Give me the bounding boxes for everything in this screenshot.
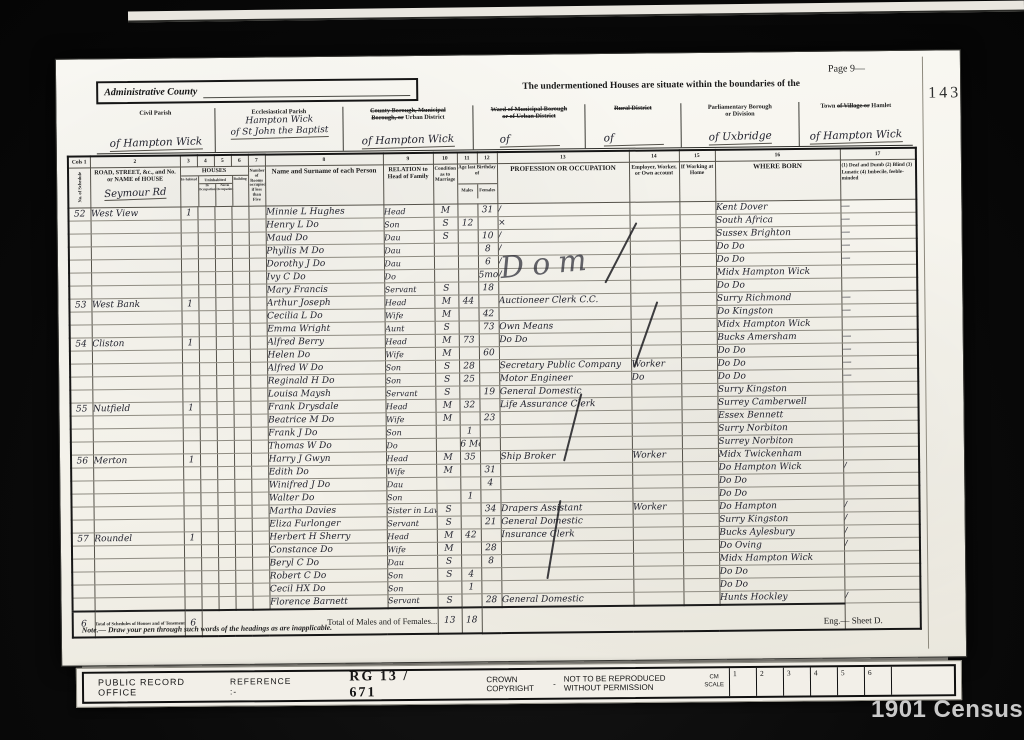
house-name: [91, 233, 181, 247]
building-cell: [234, 414, 251, 427]
house-name: [91, 272, 181, 286]
relation-cell: Head: [385, 399, 435, 413]
rooms-cell: [251, 466, 268, 479]
condition-cell: [434, 243, 458, 256]
age-male-cell: [461, 503, 481, 516]
condition-cell: M: [436, 412, 460, 425]
person-name: Florence Barnett: [269, 595, 387, 609]
age-female-cell: 6: [478, 256, 498, 269]
rooms-cell: [252, 557, 269, 570]
infirmity-cell: —: [841, 225, 917, 239]
crown-copyright-label: CROWN COPYRIGHT: [486, 675, 545, 694]
inhabited-mark: [184, 584, 201, 597]
age-female-cell: 19: [479, 386, 499, 399]
working-home-cell: [682, 422, 718, 435]
working-home-cell: [683, 552, 719, 565]
age-male-cell: 25: [459, 373, 479, 386]
working-home-cell: [679, 201, 715, 214]
infirmity-cell: [843, 485, 919, 499]
house-name: [92, 363, 182, 377]
house-name: [93, 415, 183, 429]
person-name: Helen Do: [267, 348, 385, 362]
building-cell: [232, 310, 249, 323]
age-male-cell: [461, 542, 481, 555]
field-ecclesiastical-parish: Ecclesiastical Parish Hampton Wick of St…: [214, 107, 342, 152]
age-male-cell: [461, 594, 481, 607]
person-name: Arthur Joseph: [266, 296, 384, 310]
house-name: [94, 545, 184, 559]
header-where-born: WHERE BORN: [715, 160, 840, 201]
building-cell: [233, 375, 250, 388]
age-male-cell: [457, 204, 477, 217]
relation-cell: Son: [387, 581, 437, 595]
relation-cell: Do: [386, 438, 436, 452]
house-name: [91, 285, 181, 299]
age-male-cell: [459, 386, 479, 399]
schedule-number: [70, 364, 92, 377]
employer-cell: [632, 423, 682, 437]
person-name: Thomas W Do: [268, 439, 386, 453]
field-ward: Ward of Municipal Borough or of Urban Di…: [472, 104, 584, 149]
condition-cell: M: [435, 347, 459, 360]
header-rooms: Number of Rooms occupied if less than Fi…: [248, 166, 265, 206]
infirmity-cell: —: [842, 329, 918, 343]
ruler-end: [892, 666, 954, 695]
age-female-cell: 23: [480, 412, 500, 425]
age-female-cell: [479, 334, 499, 347]
building-cell: [235, 557, 252, 570]
uninhabited-occ: [198, 220, 215, 233]
rooms-cell: [252, 596, 269, 609]
rooms-cell: [251, 427, 268, 440]
header-employer: Employer, Worker, or Own account: [629, 162, 679, 203]
working-home-cell: [683, 578, 719, 591]
house-name: [93, 493, 183, 507]
uninhabited-not: [215, 310, 232, 323]
person-name: Edith Do: [268, 465, 386, 479]
working-home-cell: [681, 383, 717, 396]
employer-cell: Worker: [633, 501, 683, 515]
employer-cell: [633, 514, 683, 528]
infirmity-cell: [841, 264, 917, 278]
person-name: Walter Do: [268, 491, 386, 505]
building-cell: [232, 258, 249, 271]
permission-label: NOT TO BE REPRODUCED WITHOUT PERMISSION: [564, 673, 705, 692]
infirmity-cell: /: [843, 498, 919, 512]
rooms-cell: [252, 531, 269, 544]
schedule-number: 56: [71, 455, 93, 468]
house-name: West Bank: [91, 298, 181, 312]
ward-value: of: [499, 132, 559, 148]
header-building: Building: [232, 176, 248, 206]
rooms-cell: [249, 219, 266, 232]
inhabited-mark: [182, 324, 199, 337]
inhabited-mark: [181, 220, 198, 233]
header-condition: Condition as to Marriage: [433, 164, 457, 204]
house-name: [92, 389, 182, 403]
age-male-cell: [458, 269, 478, 282]
rural-district-value: of: [603, 131, 663, 147]
age-male-cell: 73: [459, 334, 479, 347]
age-female-cell: [479, 399, 499, 412]
separator-dash: -: [553, 679, 556, 688]
condition-cell: S: [437, 516, 461, 529]
infirmity-cell: [843, 433, 919, 447]
where-born-cell: Do Hampton Wick: [718, 460, 843, 474]
age-male-cell: 32: [459, 399, 479, 412]
header-age-males: Males: [458, 184, 477, 198]
schedule-number: 53: [69, 299, 91, 312]
schedule-number: [71, 442, 93, 455]
cm-scale-ruler: 1 2 3 4 5 6: [729, 666, 954, 696]
uninhabited-occ: [200, 467, 217, 480]
schedule-number: 55: [70, 403, 92, 416]
age-male-cell: [461, 516, 481, 529]
age-male-cell: 35: [460, 451, 480, 464]
building-cell: [233, 401, 250, 414]
house-name: [93, 428, 183, 442]
header-profession: PROFESSION OR OCCUPATION: [497, 162, 629, 203]
building-cell: [235, 518, 252, 531]
rooms-cell: [250, 336, 267, 349]
rooms-cell: [251, 414, 268, 427]
employer-cell: [632, 475, 682, 489]
building-cell: [235, 531, 252, 544]
person-name: Winifred J Do: [268, 478, 386, 492]
where-born-cell: Midx Twickenham: [718, 447, 843, 461]
relation-cell: Head: [384, 295, 434, 309]
house-name: [91, 311, 181, 325]
where-born-cell: Midx Hampton Wick: [716, 265, 841, 279]
person-name: Phyllis M Do: [266, 244, 384, 258]
where-born-cell: Essex Bennett: [718, 408, 843, 422]
inhabited-mark: [181, 259, 198, 272]
building-cell: [232, 245, 249, 258]
where-born-cell: Surrey Norbiton: [718, 434, 843, 448]
building-cell: [232, 297, 249, 310]
uninhabited-not: [218, 570, 235, 583]
schedule-number: [70, 325, 92, 338]
house-name: [94, 571, 184, 585]
house-name: Nutfield: [92, 402, 182, 416]
header-road: ROAD, STREET, &c., and No. or NAME of HO…: [90, 167, 180, 208]
parliamentary-borough-value: of Uxbridge: [708, 130, 771, 146]
condition-cell: S: [434, 217, 458, 230]
person-name: Ivy C Do: [266, 270, 384, 284]
where-born-cell: Bucks Amersham: [717, 330, 842, 344]
condition-cell: [434, 269, 458, 282]
infirmity-cell: —: [840, 199, 916, 213]
condition-cell: S: [434, 230, 458, 243]
building-cell: [234, 427, 251, 440]
relation-cell: Dau: [387, 555, 437, 569]
rooms-cell: [252, 570, 269, 583]
where-born-cell: Do Do: [716, 278, 841, 292]
schedule-number: [72, 507, 94, 520]
uninhabited-not: [218, 531, 235, 544]
where-born-cell: Do Oving: [719, 538, 844, 552]
infirmity-cell: /: [843, 459, 919, 473]
street-name-handwritten: Seymour Rd: [104, 187, 167, 201]
age-female-cell: 8: [481, 555, 501, 568]
inhabited-mark: [183, 441, 200, 454]
condition-cell: [436, 425, 460, 438]
age-male-cell: 12: [458, 217, 478, 230]
administrative-county-label: Administrative County: [104, 86, 197, 98]
inhabited-mark: [182, 376, 199, 389]
working-home-cell: [682, 474, 718, 487]
uninhabited-occ: [201, 519, 218, 532]
header-name: Name and Surname of each Person: [265, 165, 383, 206]
age-male-cell: [459, 321, 479, 334]
uninhabited-not: [216, 375, 233, 388]
rooms-cell: [249, 271, 266, 284]
uninhabited-occ: [198, 259, 215, 272]
where-born-cell: Do Do: [716, 239, 841, 253]
field-civil-parish: Civil Parish of Hampton Wick: [96, 108, 214, 153]
building-cell: [232, 284, 249, 297]
uninhabited-occ: [199, 376, 216, 389]
where-born-cell: Do Do: [717, 369, 842, 383]
where-born-cell: Do Do: [719, 577, 844, 591]
building-cell: [235, 505, 252, 518]
person-name: Maud Do: [266, 231, 384, 245]
header-age-females: Females: [477, 184, 497, 198]
building-cell: [235, 583, 252, 596]
age-female-cell: 31: [477, 204, 497, 217]
relation-cell: Servant: [387, 516, 437, 530]
inhabited-mark: [183, 428, 200, 441]
employer-cell: [632, 410, 682, 424]
employer-cell: [633, 553, 683, 567]
employer-cell: [630, 228, 680, 242]
employer-cell: [633, 527, 683, 541]
working-home-cell: [681, 357, 717, 370]
where-born-cell: Surrey Camberwell: [717, 395, 842, 409]
total-males-value: 13: [438, 607, 462, 633]
condition-cell: M: [434, 295, 458, 308]
uninhabited-occ: [201, 571, 218, 584]
age-male-cell: [458, 256, 478, 269]
condition-cell: [436, 490, 460, 503]
relation-cell: Dau: [384, 230, 434, 244]
building-cell: [235, 544, 252, 557]
age-male-cell: 6 Mos: [460, 438, 480, 451]
rooms-cell: [252, 518, 269, 531]
condition-cell: M: [437, 542, 461, 555]
person-name: Frank Drysdale: [267, 400, 385, 414]
inhabited-mark: [181, 311, 198, 324]
uninhabited-occ: [201, 597, 218, 610]
cm-scale-label: CMSCALE: [704, 674, 724, 690]
inhabited-mark: [181, 285, 198, 298]
working-home-cell: [681, 344, 717, 357]
rooms-cell: [251, 492, 268, 505]
rooms-cell: [248, 206, 265, 219]
uninhabited-occ: [200, 454, 217, 467]
schedule-number: [69, 234, 91, 247]
working-home-cell: [682, 435, 718, 448]
boundary-statement: The undermentioned Houses are situate wi…: [428, 78, 894, 93]
reference-bar: PUBLIC RECORD OFFICE REFERENCE :- RG 13 …: [76, 660, 962, 708]
relation-cell: Sister in Law: [387, 503, 437, 517]
administrative-county-box: Administrative County: [96, 78, 418, 104]
rooms-cell: [252, 505, 269, 518]
building-cell: [233, 349, 250, 362]
condition-cell: [436, 477, 460, 490]
condition-cell: S: [435, 386, 459, 399]
person-name: Constance Do: [269, 543, 387, 557]
infirmity-cell: [842, 381, 918, 395]
age-female-cell: 34: [481, 503, 501, 516]
working-home-cell: [680, 214, 716, 227]
rooms-cell: [250, 362, 267, 375]
employer-cell: [631, 332, 681, 346]
age-male-cell: [461, 555, 481, 568]
inhabited-mark: [184, 597, 201, 610]
age-female-cell: 28: [481, 542, 501, 555]
where-born-cell: Do Hampton: [719, 499, 844, 513]
rooms-cell: [250, 388, 267, 401]
working-home-cell: [681, 331, 717, 344]
infirmity-cell: [842, 394, 918, 408]
where-born-cell: Do Do: [718, 486, 843, 500]
uninhabited-not: [217, 440, 234, 453]
employer-cell: [632, 462, 682, 476]
employer-cell: [633, 566, 683, 580]
field-parliamentary-borough: Parliamentary Borough or Division of Uxb…: [680, 102, 798, 147]
employer-cell: Do: [631, 371, 681, 385]
person-name: Emma Wright: [267, 322, 385, 336]
condition-cell: S: [434, 282, 458, 295]
where-born-cell: Do Kingston: [716, 304, 841, 318]
age-female-cell: 73: [479, 321, 499, 334]
rooms-cell: [250, 349, 267, 362]
inhabited-mark: 1: [180, 207, 197, 220]
uninhabited-occ: [201, 545, 218, 558]
building-cell: [233, 323, 250, 336]
employer-cell: [633, 592, 683, 606]
infirmity-cell: [843, 472, 919, 486]
inhabited-mark: [184, 519, 201, 532]
schedule-number: [69, 273, 91, 286]
relation-cell: Son: [386, 425, 436, 439]
condition-cell: S: [437, 555, 461, 568]
working-home-cell: [681, 396, 717, 409]
header-uninhabited: Uninhabited In Occupation Not in Occupat…: [198, 176, 232, 206]
employer-cell: [632, 436, 682, 450]
employer-cell: [631, 397, 681, 411]
relation-cell: Aunt: [385, 321, 435, 335]
inhabited-mark: 1: [184, 532, 201, 545]
building-cell: [234, 466, 251, 479]
age-female-cell: [481, 568, 501, 581]
uninhabited-occ: [198, 246, 215, 259]
uninhabited-occ: [201, 506, 218, 519]
condition-cell: M: [434, 308, 458, 321]
person-name: Henry L Do: [266, 218, 384, 232]
where-born-cell: Kent Dover: [715, 200, 840, 214]
where-born-cell: Bucks Aylesbury: [719, 525, 844, 539]
age-female-cell: 4: [480, 477, 500, 490]
uninhabited-not: [215, 284, 232, 297]
working-home-cell: [681, 318, 717, 331]
age-female-cell: 10: [478, 230, 498, 243]
rooms-cell: [250, 401, 267, 414]
age-male-cell: [458, 230, 478, 243]
infirmity-cell: —: [842, 342, 918, 356]
uninhabited-occ: [200, 493, 217, 506]
house-name: [93, 441, 183, 455]
house-name: [94, 597, 184, 611]
uninhabited-not: [218, 505, 235, 518]
employer-cell: [630, 280, 680, 294]
building-cell: [232, 232, 249, 245]
relation-cell: Head: [383, 204, 433, 218]
working-home-cell: [681, 370, 717, 383]
schedule-number: [72, 546, 94, 559]
working-home-cell: [680, 240, 716, 253]
infirmity-cell: —: [842, 368, 918, 382]
uninhabited-occ: [200, 480, 217, 493]
inhabited-mark: [182, 363, 199, 376]
house-name: Cliston: [92, 337, 182, 351]
house-name: [91, 246, 181, 260]
age-female-cell: 5mo: [478, 269, 498, 282]
inhabited-mark: [183, 467, 200, 480]
schedule-number: [69, 221, 91, 234]
age-female-cell: [481, 581, 501, 594]
employer-cell: Worker: [631, 358, 681, 372]
working-home-cell: [683, 500, 719, 513]
relation-cell: Wife: [387, 542, 437, 556]
where-born-cell: Surry Norbiton: [718, 421, 843, 435]
age-female-cell: [480, 490, 500, 503]
where-born-cell: Surry Kingston: [717, 382, 842, 396]
person-name: Robert C Do: [269, 569, 387, 583]
rooms-cell: [252, 544, 269, 557]
uninhabited-not: [216, 362, 233, 375]
inhabited-mark: 1: [183, 454, 200, 467]
rooms-cell: [249, 297, 266, 310]
uninhabited-occ: [200, 415, 217, 428]
house-name: [94, 558, 184, 572]
employer-cell: [633, 540, 683, 554]
schedule-number: [69, 286, 91, 299]
inhabited-mark: 1: [182, 337, 199, 350]
uninhabited-occ: [198, 298, 215, 311]
blank-rule: [203, 83, 410, 98]
rooms-cell: [250, 375, 267, 388]
age-male-cell: 1: [460, 490, 480, 503]
age-female-cell: 28: [481, 594, 501, 607]
age-female-cell: 42: [478, 308, 498, 321]
age-male-cell: 42: [461, 529, 481, 542]
where-born-cell: Do Do: [717, 356, 842, 370]
building-cell: [232, 271, 249, 284]
uninhabited-occ: [199, 350, 216, 363]
page-fold-line: [922, 57, 929, 649]
header-houses-group: HOUSES In-habited Uninhabited In Occupat…: [180, 166, 248, 207]
where-born-cell: Midx Hampton Wick: [717, 317, 842, 331]
infirmity-cell: —: [841, 238, 917, 252]
person-name: Herbert H Sherry: [269, 530, 387, 544]
uninhabited-not: [217, 479, 234, 492]
age-female-cell: 21: [481, 516, 501, 529]
person-name: Frank J Do: [268, 426, 386, 440]
person-name: Eliza Furlonger: [269, 517, 387, 531]
reference-box: PUBLIC RECORD OFFICE REFERENCE :- RG 13 …: [82, 664, 956, 704]
